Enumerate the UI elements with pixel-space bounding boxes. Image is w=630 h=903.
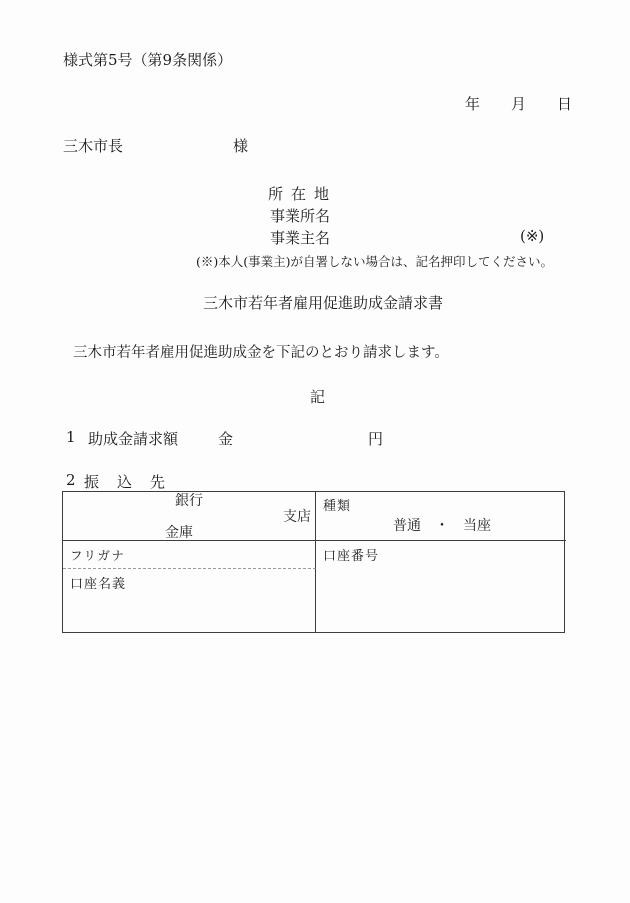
document-title: 三木市若年者雇用促進助成金請求書 [203,292,443,313]
item2-number: 2 [66,471,76,489]
addressee-name: 三木市長 [63,135,123,156]
account-type-label: 種類 [316,492,566,514]
amount-prefix-kin: 金 [218,428,233,449]
bank-label: 銀行 [175,493,203,509]
account-number-label: 口座番号 [323,549,379,564]
seal-required-mark: (※) [520,227,544,245]
account-number-cell: 口座番号 [316,541,566,632]
request-sentence: 三木市若年者雇用促進助成金を下記のとおり請求します。 [73,341,449,362]
branch-label-row: 支店 [63,509,315,525]
bank-label-row: 銀行 [63,493,315,509]
item2-label: 振込先 [84,471,183,492]
item1-label: 助成金請求額 [88,428,178,449]
account-type-cell: 種類 普通 ・ 当座 [316,492,566,541]
branch-label: 支店 [283,509,311,525]
kinko-label-row: 金庫 [63,525,315,541]
account-holder-label: 口座名義 [70,577,126,592]
list-marker-ki: 記 [310,386,325,407]
seal-note: (※)本人(事業主)が自署しない場合は、記名押印してください。 [196,252,553,270]
transfer-destination-table: 銀行 支店 金庫 フリガナ 口座名義 種類 普通 ・ 当座 口座番号 [62,491,565,633]
item2-transfer-destination-line: 2 振込先 [0,471,630,489]
applicant-owner-name-label: 事業主名 [270,227,330,248]
furigana-cell: フリガナ [63,541,316,569]
account-holder-cell: 口座名義 [63,569,316,632]
furigana-label: フリガナ [70,548,125,563]
form-number: 様式第5号（第9条関係） [63,49,232,70]
item1-number: 1 [66,428,76,446]
applicant-address-label: 所在地 [268,183,337,204]
account-type-options: 普通 ・ 当座 [316,514,566,535]
document-page: 様式第5号（第9条関係） 年月日 三木市長 様 所在地 事業所名 事業主名 (※… [0,0,630,903]
amount-suffix-yen: 円 [368,428,383,449]
date-line: 年月日 [465,93,603,114]
item1-claim-amount-line: 1 助成金請求額 金 円 [0,428,630,446]
addressee-honorific: 様 [233,135,248,156]
bank-name-cell: 銀行 支店 金庫 [63,492,316,541]
applicant-office-name-label: 事業所名 [270,205,330,226]
kinko-label: 金庫 [165,525,193,541]
